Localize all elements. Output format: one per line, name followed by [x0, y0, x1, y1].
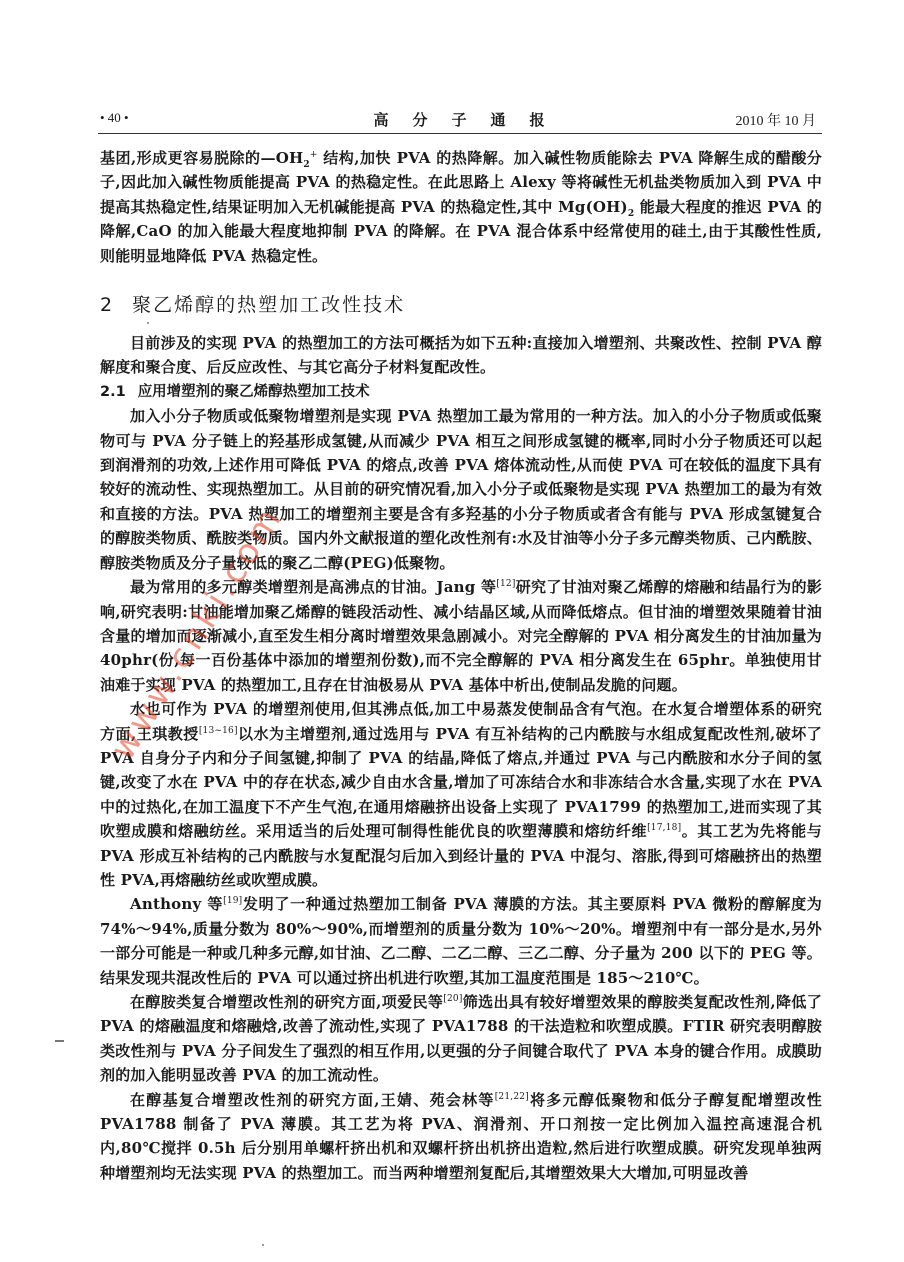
paragraph: 加入小分子物质或低聚物增塑剂是实现 PVA 热塑加工最为常用的一种方法。加入的小…	[100, 404, 822, 575]
citation-ref[interactable]: [17,18]	[647, 823, 681, 833]
text-run: 最为常用的多元醇类增塑剂是高沸点的甘油。Jang 等	[130, 578, 496, 596]
section-heading-2-1: 2.1应用增塑剂的聚乙烯醇热塑加工技术	[100, 380, 822, 404]
paragraph: 在醇基复合增塑改性剂的研究方面,王婧、苑会林等[21,22]将多元醇低聚物和低分…	[100, 1088, 822, 1186]
paragraph-continued: 基团,形成更容易脱除的—OH2+ 结构,加快 PVA 的热降解。加入碱性物质能除…	[100, 146, 822, 268]
text-run: 在醇胺类复合增塑改性剂的研究方面,项爱民等	[130, 993, 443, 1011]
paragraph: 最为常用的多元醇类增塑剂是高沸点的甘油。Jang 等[12]研究了甘油对聚乙烯醇…	[100, 575, 822, 697]
text-run: 基团,形成更容易脱除的—OH	[100, 149, 303, 167]
section-heading-2: 2聚乙烯醇的热塑加工改性技术	[100, 290, 822, 317]
running-header: • 40 • 高分子通报 2010 年 10 月	[98, 106, 820, 134]
text-run: Anthony 等	[130, 895, 223, 913]
section-number: 2.1	[100, 384, 126, 400]
scan-speck	[147, 322, 149, 324]
section-title: 聚乙烯醇的热塑加工改性技术	[132, 294, 405, 316]
paragraph: 目前涉及的实现 PVA 的热塑加工的方法可概括为如下五种:直接加入增塑剂、共聚改…	[100, 331, 822, 380]
section-number: 2	[100, 294, 114, 316]
section-title: 应用增塑剂的聚乙烯醇热塑加工技术	[138, 384, 370, 400]
citation-ref[interactable]: [21,22]	[495, 1092, 529, 1102]
article-body: 基团,形成更容易脱除的—OH2+ 结构,加快 PVA 的热降解。加入碱性物质能除…	[100, 146, 822, 1185]
citation-ref[interactable]: [20]	[443, 994, 462, 1004]
citation-ref[interactable]: [12]	[496, 579, 515, 589]
margin-mark	[55, 1040, 64, 1042]
paragraph: 水也可作为 PVA 的增塑剂使用,但其沸点低,加工中易蒸发使制品含有气泡。在水复…	[100, 697, 822, 892]
issue-date: 2010 年 10 月	[736, 110, 817, 130]
header-rule	[98, 133, 822, 134]
subscript: 2	[303, 160, 309, 170]
text-run: 在醇基复合增塑改性剂的研究方面,王婧、苑会林等	[130, 1091, 495, 1109]
superscript: +	[310, 150, 318, 160]
journal-title: 高分子通报	[98, 109, 820, 130]
scan-speck	[262, 1244, 264, 1246]
citation-ref[interactable]: [13~16]	[199, 726, 238, 736]
paragraph: Anthony 等[19]发明了一种通过热塑加工制备 PVA 薄膜的方法。其主要…	[100, 892, 822, 990]
citation-ref[interactable]: [19]	[223, 896, 242, 906]
paragraph: 在醇胺类复合增塑改性剂的研究方面,项爱民等[20]筛选出具有较好增塑效果的醇胺类…	[100, 990, 822, 1088]
